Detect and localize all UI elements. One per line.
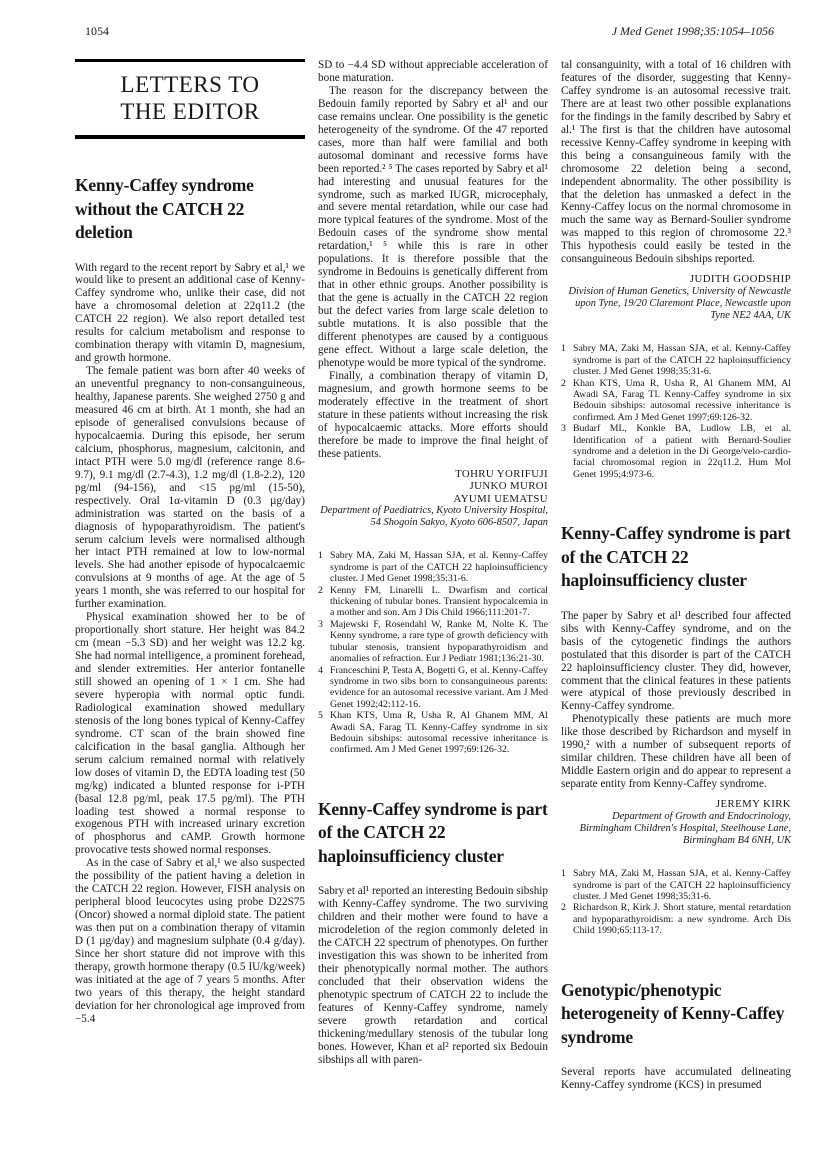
letter2-affiliation: Division of Human Genetics, University o…	[561, 286, 791, 323]
reference-text: Richardson R, Kirk J. Short stature, men…	[573, 902, 791, 936]
reference-text: Kenny FM, Linarelli L. Dwarfism and cort…	[330, 585, 548, 619]
letter3-title: Kenny-Caffey syndrome is part of the CAT…	[561, 522, 791, 593]
author-name: JUNKO MUROI	[318, 480, 548, 493]
banner-bottom-rule	[75, 135, 305, 139]
reference-text: Khan KTS, Uma R, Usha R, Al Ghanem MM, A…	[330, 710, 548, 756]
letter4-title: Genotypic/phenotypic heterogeneity of Ke…	[561, 979, 791, 1050]
author-name: JEREMY KIRK	[561, 798, 791, 811]
reference-item: 1 Sabry MA, Zaki M, Hassan SJA, et al. K…	[561, 343, 791, 377]
letter3-references: 1 Sabry MA, Zaki M, Hassan SJA, et al. K…	[561, 868, 791, 936]
letter2-paragraph: Sabry et al¹ reported an interesting Bed…	[318, 885, 548, 1066]
column-left: LETTERS TO THE EDITOR Kenny-Caffey syndr…	[75, 59, 305, 1092]
banner-line-1: LETTERS TO	[75, 72, 305, 99]
letter1-paragraph: The reason for the discrepancy between t…	[318, 85, 548, 370]
reference-text: Khan KTS, Uma R, Usha R, Al Ghanem MM, A…	[573, 378, 791, 424]
reference-text: Sabry MA, Zaki M, Hassan SJA, et al. Ken…	[330, 550, 548, 584]
banner-top-rule	[75, 59, 305, 62]
reference-number: 2	[318, 585, 330, 619]
reference-number: 3	[561, 423, 573, 480]
letter3-affiliation: Department of Growth and Endocrinology, …	[561, 811, 791, 848]
letter1-authors: TOHRU YORIFUJI JUNKO MUROI AYUMI UEMATSU	[318, 468, 548, 506]
letter1-title: Kenny-Caffey syndrome without the CATCH …	[75, 174, 305, 245]
reference-item: 4 Franceschini P, Testa A, Bogetti G, et…	[318, 665, 548, 711]
banner-line-2: THE EDITOR	[75, 99, 305, 126]
reference-number: 1	[561, 868, 573, 902]
author-name: JUDITH GOODSHIP	[561, 273, 791, 286]
reference-item: 1 Sabry MA, Zaki M, Hassan SJA, et al. K…	[561, 868, 791, 902]
reference-text: Budarf ML, Konkle BA, Ludlow LB, et al. …	[573, 423, 791, 480]
reference-item: 5 Khan KTS, Uma R, Usha R, Al Ghanem MM,…	[318, 710, 548, 756]
reference-text: Majewski F, Rosendahl W, Ranke M, Nolte …	[330, 619, 548, 665]
letter4-paragraph: Several reports have accumulated delinea…	[561, 1066, 791, 1092]
reference-number: 5	[318, 710, 330, 756]
letter3-authors: JEREMY KIRK	[561, 798, 791, 811]
letter1-paragraph: With regard to the recent report by Sabr…	[75, 262, 305, 366]
reference-number: 3	[318, 619, 330, 665]
column-right: tal consanguinity, with a total of 16 ch…	[561, 59, 791, 1092]
letter2-references: 1 Sabry MA, Zaki M, Hassan SJA, et al. K…	[561, 343, 791, 480]
reference-text: Sabry MA, Zaki M, Hassan SJA, et al. Ken…	[573, 868, 791, 902]
journal-page: 1054 J Med Genet 1998;35:1054–1056 LETTE…	[0, 0, 816, 1173]
reference-number: 1	[561, 343, 573, 377]
letter1-paragraph: As in the case of Sabry et al,¹ we also …	[75, 857, 305, 1025]
running-head: 1054 J Med Genet 1998;35:1054–1056	[85, 24, 774, 39]
letter2-paragraph-continued: tal consanguinity, with a total of 16 ch…	[561, 59, 791, 266]
letter1-paragraph: The female patient was born after 40 wee…	[75, 365, 305, 611]
journal-reference: J Med Genet 1998;35:1054–1056	[612, 24, 774, 39]
letter1-paragraph-continued: SD to −4.4 SD without appreciable accele…	[318, 59, 548, 85]
reference-item: 3 Majewski F, Rosendahl W, Ranke M, Nolt…	[318, 619, 548, 665]
reference-text: Franceschini P, Testa A, Bogetti G, et a…	[330, 665, 548, 711]
letter3-paragraph: The paper by Sabry et al¹ described four…	[561, 610, 791, 714]
letter1-affiliation: Department of Paediatrics, Kyoto Univers…	[318, 505, 548, 529]
letter1-paragraph: Finally, a combination therapy of vitami…	[318, 370, 548, 461]
reference-number: 1	[318, 550, 330, 584]
letter2-authors: JUDITH GOODSHIP	[561, 273, 791, 286]
banner-title: LETTERS TO THE EDITOR	[75, 63, 305, 135]
letter1-references: 1 Sabry MA, Zaki M, Hassan SJA, et al. K…	[318, 550, 548, 755]
reference-item: 2 Richardson R, Kirk J. Short stature, m…	[561, 902, 791, 936]
column-middle: SD to −4.4 SD without appreciable accele…	[318, 59, 548, 1092]
reference-item: 2 Khan KTS, Uma R, Usha R, Al Ghanem MM,…	[561, 378, 791, 424]
reference-text: Sabry MA, Zaki M, Hassan SJA, et al. Ken…	[573, 343, 791, 377]
letter2-title: Kenny-Caffey syndrome is part of the CAT…	[318, 798, 548, 869]
page-number: 1054	[85, 24, 109, 39]
author-name: TOHRU YORIFUJI	[318, 468, 548, 481]
letter3-paragraph: Phenotypically these patients are much m…	[561, 713, 791, 791]
author-name: AYUMI UEMATSU	[318, 493, 548, 506]
reference-number: 2	[561, 378, 573, 424]
letters-banner: LETTERS TO THE EDITOR	[75, 59, 305, 139]
letter1-paragraph: Physical examination showed her to be of…	[75, 611, 305, 857]
reference-item: 1 Sabry MA, Zaki M, Hassan SJA, et al. K…	[318, 550, 548, 584]
reference-item: 3 Budarf ML, Konkle BA, Ludlow LB, et al…	[561, 423, 791, 480]
reference-item: 2 Kenny FM, Linarelli L. Dwarfism and co…	[318, 585, 548, 619]
reference-number: 2	[561, 902, 573, 936]
reference-number: 4	[318, 665, 330, 711]
column-layout: LETTERS TO THE EDITOR Kenny-Caffey syndr…	[75, 59, 816, 1092]
